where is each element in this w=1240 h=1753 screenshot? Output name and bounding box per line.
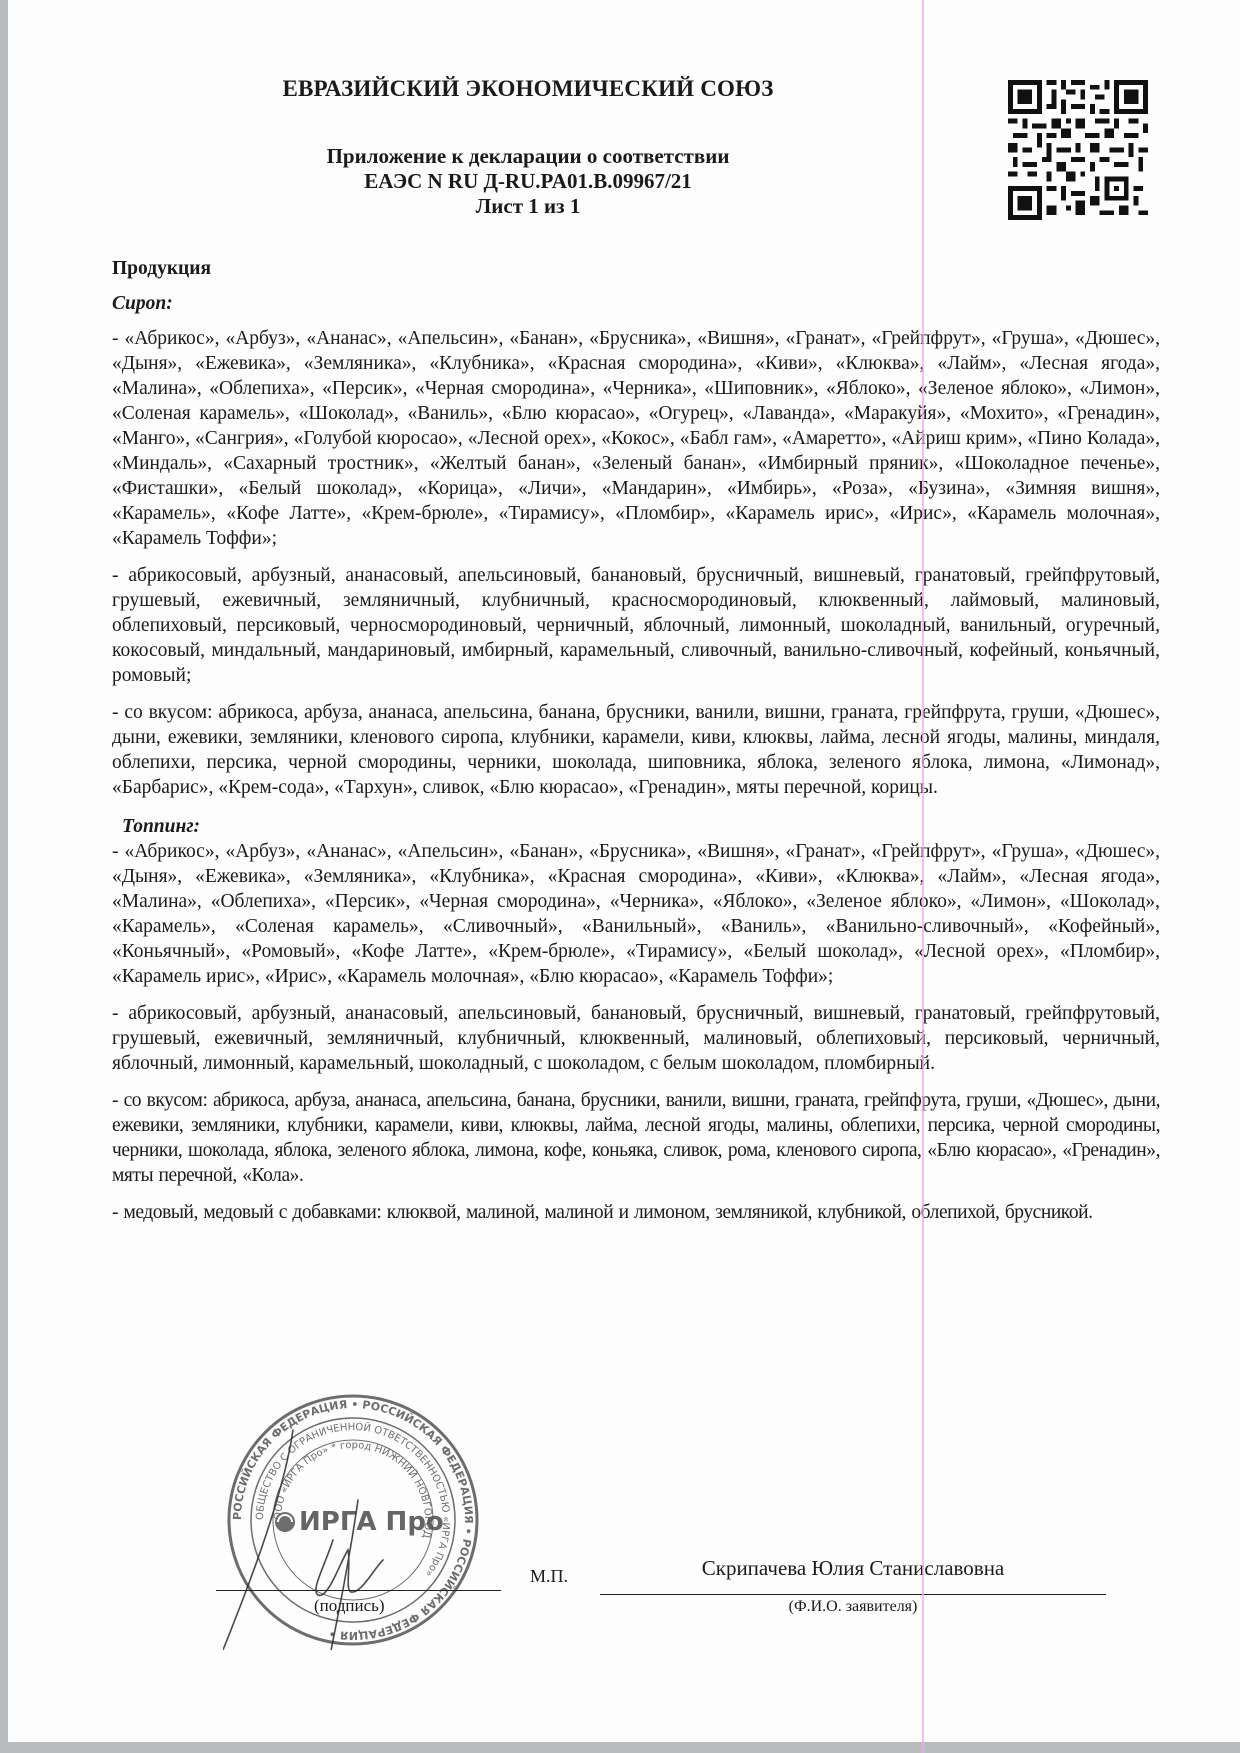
syrup-adjective-list: - абрикосовый, арбузный, ананасовый, апе… (112, 563, 1160, 688)
signature-area: РОССИЙСКАЯ ФЕДЕРАЦИЯ • РОССИЙСКАЯ ФЕДЕРА… (8, 1380, 1240, 1680)
syrup-label: Сироп: (112, 291, 1160, 316)
topping-flavor-list: - со вкусом: абрикоса, арбуза, ананаса, … (112, 1088, 1160, 1188)
signature-caption: (подпись) (314, 1596, 385, 1616)
stamp-logo-text: ИРГА Про (299, 1507, 444, 1537)
stamp-logo-icon (275, 1512, 295, 1532)
syrup-named-list: - «Абрикос», «Арбуз», «Ананас», «Апельси… (112, 326, 1160, 551)
signature-line (216, 1590, 501, 1591)
seal-label: М.П. (530, 1566, 568, 1587)
scan-artifact-line (922, 0, 924, 1753)
topping-label: Топпинг: (122, 814, 1160, 839)
qr-code-icon (1008, 80, 1148, 220)
topping-honey-list: - медовый, медовый с добавками: клюквой,… (112, 1200, 1160, 1225)
syrup-flavor-list: - со вкусом: абрикоса, арбуза, ананаса, … (112, 700, 1160, 800)
annex-block: Приложение к декларации о соответствии Е… (8, 144, 1048, 219)
applicant-caption: (Ф.И.О. заявителя) (600, 1598, 1106, 1616)
applicant-name: Скрипачева Юлия Станиславовна (600, 1556, 1106, 1581)
topping-named-list: - «Абрикос», «Арбуз», «Ананас», «Апельси… (112, 839, 1160, 989)
topping-adjective-list: - абрикосовый, арбузный, ананасовый, апе… (112, 1001, 1160, 1076)
applicant-name-line (600, 1594, 1106, 1595)
products-heading: Продукция (112, 256, 1160, 281)
products-section: Продукция Сироп: - «Абрикос», «Арбуз», «… (112, 256, 1160, 1237)
union-title: ЕВРАЗИЙСКИЙ ЭКОНОМИЧЕСКИЙ СОЮЗ (8, 76, 1048, 102)
sheet-number: Лист 1 из 1 (8, 194, 1048, 219)
document-header: ЕВРАЗИЙСКИЙ ЭКОНОМИЧЕСКИЙ СОЮЗ Приложени… (8, 70, 1048, 219)
document-page: ЕВРАЗИЙСКИЙ ЭКОНОМИЧЕСКИЙ СОЮЗ Приложени… (8, 0, 1240, 1742)
declaration-number: ЕАЭС N RU Д-RU.PA01.B.09967/21 (8, 169, 1048, 194)
annex-title: Приложение к декларации о соответствии (8, 144, 1048, 169)
